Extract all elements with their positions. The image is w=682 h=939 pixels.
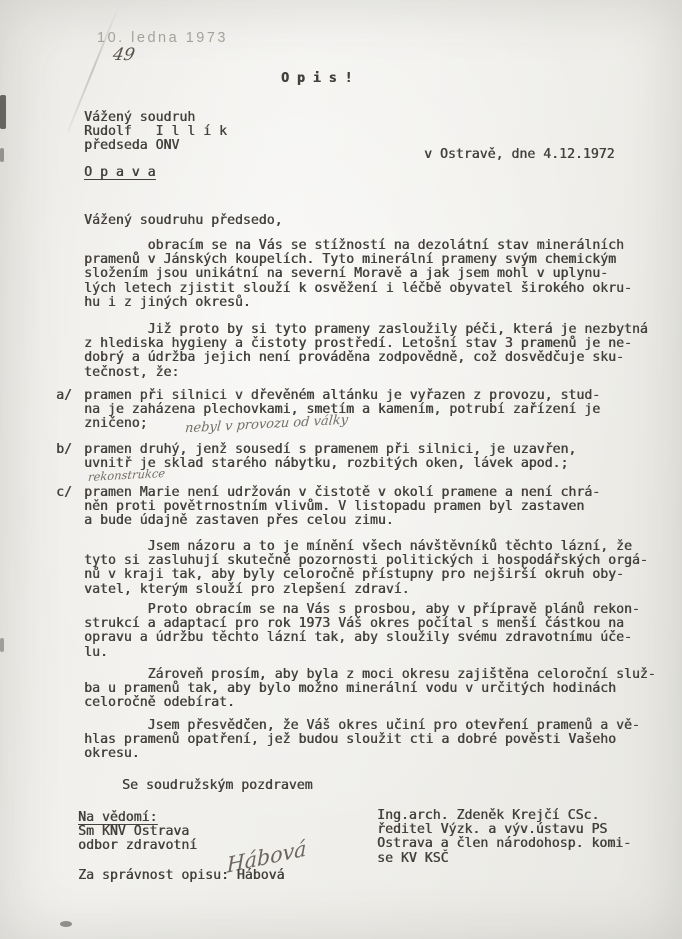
scan-edge-smudge: [0, 148, 4, 162]
scan-speck: [60, 921, 72, 927]
list-marker-b: b/: [56, 443, 84, 471]
recipient-block: Vážený soudruh Rudolf I l l í k předseda…: [84, 111, 227, 154]
list-item-a: a/ pramen při silnici v dřevěném altánku…: [56, 389, 669, 432]
paragraph-3: Jsem názoru a to je mínění všech návštěv…: [84, 540, 669, 597]
paragraph-2: Již proto by si tyto prameny zasloužily …: [84, 323, 669, 380]
signer-block: Ing.arch. Zdeněk Krejčí CSc. ředitel Výz…: [377, 809, 631, 866]
paragraph-4: Proto obracím se na Vás s prosbou, aby v…: [84, 603, 669, 660]
scanned-letter-page: 10. ledna 1973 49 O p i s ! Vážený soudr…: [0, 0, 682, 939]
dateline: v Ostravě, dne 4.12.1972: [424, 148, 615, 162]
paragraph-5: Zároveň prosím, aby byla z moci okresu z…: [84, 668, 669, 711]
list-text-c: pramen Marie není udržován v čistotě v o…: [84, 486, 669, 529]
handwritten-note-b: rekonstrukce: [87, 466, 165, 484]
cc-block: Sm KNV Ostrava odbor zdravotní: [78, 825, 197, 853]
salutation: Vážený soudruhu předsedo,: [84, 214, 283, 228]
scan-edge-smudge: [0, 638, 4, 652]
scan-edge-smudge: [0, 95, 6, 129]
recipient-city: O p a v a: [84, 166, 155, 180]
list-text-a: pramen při silnici v dřevěném altánku je…: [84, 389, 669, 432]
copy-heading: O p i s !: [281, 72, 352, 86]
registry-number-handwritten: 49: [111, 45, 136, 65]
list-text-b: pramen druhý, jenž sousedí s pramenem př…: [84, 443, 669, 471]
date-received-stamp: 10. ledna 1973: [97, 30, 228, 46]
certify-line: Za správnost opisu: Hábová: [78, 869, 284, 883]
closing-line: Se soudružským pozdravem: [122, 779, 313, 793]
paragraph-6: Jsem přesvědčen, že Váš okres učiní pro …: [84, 719, 669, 762]
list-item-c: c/ pramen Marie není udržován v čistotě …: [56, 486, 669, 529]
list-marker-a: a/: [56, 389, 84, 432]
list-marker-c: c/: [56, 486, 84, 529]
paragraph-1: obracím se na Vás se stížností na dezolá…: [84, 239, 669, 310]
